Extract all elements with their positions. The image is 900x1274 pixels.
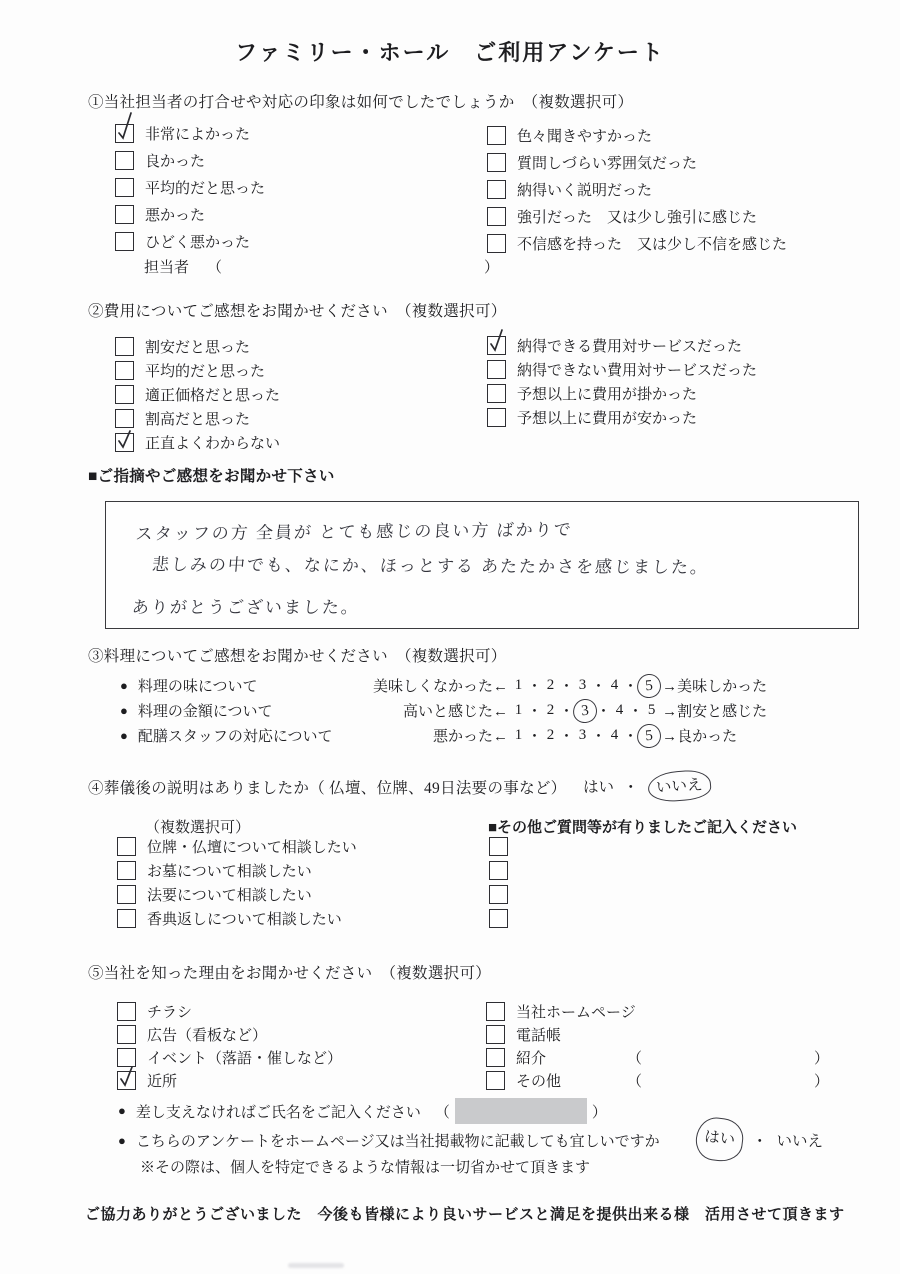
bullet-icon: ●	[118, 1133, 126, 1149]
dot-separator: ・	[559, 700, 574, 721]
q5-heading: ⑤当社を知った理由をお聞かせください （複数選択可）	[88, 961, 491, 983]
staff-label: 担当者	[144, 260, 189, 276]
rating-number-circled[interactable]: 5	[636, 722, 662, 748]
option-label: 色々聞きやすかった	[517, 125, 652, 146]
checkbox[interactable]	[115, 178, 134, 197]
option-label: 納得できる費用対サービスだった	[517, 335, 742, 356]
rating-scale: 1・ 2・ 3・ 4・ 5	[511, 674, 659, 698]
check-mark-icon	[117, 435, 132, 449]
option-row: イベント（落語・催しなど）	[117, 1046, 342, 1069]
option-row: 納得いく説明だった	[487, 176, 787, 203]
rating-negative-label: 悪かった←	[370, 725, 508, 746]
checkbox[interactable]	[117, 1025, 136, 1044]
option-row: 適正価格だと思った	[115, 382, 280, 406]
rating-negative-label: 美味しくなかった←	[370, 675, 508, 696]
checkbox[interactable]	[489, 885, 508, 904]
option-label: 良かった	[145, 150, 205, 171]
paren-open: （	[435, 1101, 450, 1122]
paren-close: ）	[592, 1101, 607, 1122]
option-row: 位牌・仏壇について相談したい	[117, 834, 357, 858]
paren-open: （	[627, 1070, 642, 1091]
checkbox[interactable]	[117, 837, 136, 856]
option-row: 色々聞きやすかった	[487, 122, 787, 149]
checkbox[interactable]	[117, 909, 136, 928]
checkbox[interactable]	[486, 1025, 505, 1044]
dot-separator: ・	[591, 675, 606, 696]
option-row: 不信感を持った 又は少し不信を感じた	[487, 230, 787, 257]
rating-number[interactable]: 1	[511, 727, 526, 744]
rating-topic: 配膳スタッフの対応について	[138, 725, 333, 746]
rating-negative-label: 高いと感じた←	[370, 700, 508, 721]
option-label: 予想以上に費用が掛かった	[517, 383, 697, 404]
checkbox[interactable]	[487, 360, 506, 379]
option-row: 予想以上に費用が安かった	[487, 405, 757, 429]
q4-other-checkboxes	[489, 834, 508, 930]
option-row: お墓について相談したい	[117, 858, 357, 882]
option-row: 割高だと思った	[115, 406, 280, 430]
rating-number[interactable]: 2	[543, 702, 558, 719]
publish-yes-no: はい ・ いいえ	[696, 1118, 823, 1161]
option-label: 適正価格だと思った	[145, 384, 280, 405]
option-label: 非常によかった	[145, 123, 250, 144]
option-label: ひどく悪かった	[145, 231, 250, 252]
dot-separator: ・	[628, 700, 643, 721]
option-row	[489, 834, 508, 858]
checkbox[interactable]	[115, 337, 134, 356]
footer-thanks: ご協力ありがとうございました 今後も皆様により良いサービスと満足を提供出来る様 …	[85, 1203, 845, 1224]
q1-left-options: 非常によかった 良かった 平均的だと思った 悪かった ひどく悪かった	[115, 120, 265, 255]
option-row: 強引だった 又は少し強引に感じた	[487, 203, 787, 230]
checkbox[interactable]	[487, 207, 506, 226]
option-row: その他 （）	[486, 1069, 829, 1092]
rating-scale: 1・ 2・ 3・ 4・ 5	[511, 724, 659, 748]
option-row: 悪かった	[115, 201, 265, 228]
option-row: 広告（看板など）	[117, 1023, 342, 1046]
option-row: 良かった	[115, 147, 265, 174]
option-label: 当社ホームページ	[516, 1001, 636, 1022]
checkbox[interactable]	[117, 885, 136, 904]
option-row: 納得できる費用対サービスだった	[487, 333, 757, 357]
rating-number[interactable]: 5	[644, 702, 659, 719]
yes-option[interactable]: はい	[583, 775, 614, 797]
option-label: その他	[516, 1070, 616, 1091]
q1-heading: ①当社担当者の打合せや対応の印象は如何でしたでしょうか （複数選択可）	[88, 90, 633, 112]
rating-positive-label: →美味しかった	[662, 675, 767, 696]
checkbox[interactable]	[487, 234, 506, 253]
checkbox[interactable]	[487, 153, 506, 172]
q4-subheading-right: ■その他ご質問等が有りましたご記入ください	[488, 816, 797, 837]
dot-separator: ・	[596, 700, 611, 721]
publish-question-label: こちらのアンケートをホームページ又は当社掲載物に記載しても宜しいですか	[136, 1130, 660, 1151]
rating-row: ●料理の味について 美味しくなかった← 1・ 2・ 3・ 4・ 5 →美味しかっ…	[120, 673, 767, 698]
option-label: 電話帳	[516, 1024, 561, 1045]
option-label: 強引だった 又は少し強引に感じた	[517, 206, 757, 227]
option-row: 質問しづらい雰囲気だった	[487, 149, 787, 176]
checkbox[interactable]	[115, 205, 134, 224]
option-label: 広告（看板など）	[147, 1024, 267, 1045]
scan-smudge	[288, 1263, 344, 1268]
option-label: 紹介	[516, 1047, 616, 1068]
option-label: 不信感を持った 又は少し不信を感じた	[517, 233, 787, 254]
check-mark-icon	[119, 1073, 134, 1087]
name-request-line: ● 差し支えなければご氏名をご記入ください （ ）	[118, 1098, 607, 1124]
check-mark-icon	[117, 126, 132, 140]
checkbox[interactable]	[487, 126, 506, 145]
option-label: 香典返しについて相談したい	[147, 908, 342, 929]
checkbox[interactable]	[486, 1048, 505, 1067]
rating-number-circled[interactable]: 5	[636, 672, 662, 698]
option-row	[489, 906, 508, 930]
redacted-name-box	[455, 1098, 587, 1124]
rating-topic: 料理の味について	[138, 675, 258, 696]
staff-name-line: 担当者（）	[144, 256, 499, 277]
checkbox[interactable]	[115, 151, 134, 170]
option-row: 割安だと思った	[115, 334, 280, 358]
q4-yes-no: はい ・ いいえ	[583, 771, 710, 801]
rating-number[interactable]: 4	[607, 677, 622, 694]
dot-separator: ・	[623, 775, 639, 797]
checkbox[interactable]	[117, 1002, 136, 1021]
checkbox[interactable]	[489, 837, 508, 856]
rating-number[interactable]: 1	[511, 702, 526, 719]
dot-separator: ・	[527, 725, 542, 746]
handwritten-line: ありがとうございました。	[131, 593, 859, 618]
checkbox[interactable]	[486, 1071, 505, 1090]
option-label: 納得できない費用対サービスだった	[517, 359, 757, 380]
option-label: イベント（落語・催しなど）	[147, 1047, 342, 1068]
option-row: 平均的だと思った	[115, 358, 280, 382]
checkbox-checked[interactable]	[487, 336, 506, 355]
checkbox[interactable]	[486, 1002, 505, 1021]
checkbox[interactable]	[487, 384, 506, 403]
option-label: 近所	[147, 1070, 177, 1091]
checkbox[interactable]	[117, 861, 136, 880]
option-label: 正直よくわからない	[145, 432, 280, 453]
dot-separator: ・	[527, 675, 542, 696]
option-label: お墓について相談したい	[147, 860, 312, 881]
q5-right-options: 当社ホームページ 電話帳 紹介 （） その他 （）	[486, 1000, 829, 1092]
dot-separator: ・	[527, 700, 542, 721]
rating-topic: 料理の金額について	[138, 700, 273, 721]
rating-number[interactable]: 4	[607, 727, 622, 744]
option-row: 予想以上に費用が掛かった	[487, 381, 757, 405]
option-row: 紹介 （）	[486, 1046, 829, 1069]
q1-right-options: 色々聞きやすかった 質問しづらい雰囲気だった 納得いく説明だった 強引だった 又…	[487, 122, 787, 257]
checkbox[interactable]	[487, 180, 506, 199]
rating-number[interactable]: 4	[612, 702, 627, 719]
q4-options: 位牌・仏壇について相談したい お墓について相談したい 法要について相談したい 香…	[117, 834, 357, 930]
rating-number[interactable]: 2	[543, 727, 558, 744]
dot-separator: ・	[559, 725, 574, 746]
option-row: 非常によかった	[115, 120, 265, 147]
rating-positive-label: →良かった	[662, 725, 737, 746]
checkbox[interactable]	[117, 1048, 136, 1067]
dot-separator: ・	[623, 675, 638, 696]
bullet-icon: ●	[118, 1103, 126, 1119]
rating-number[interactable]: 3	[575, 677, 590, 694]
option-label: 悪かった	[145, 204, 205, 225]
rating-scale: 1・ 2・ 3・ 4・ 5	[511, 699, 659, 723]
q3-heading: ③料理についてご感想をお聞かせください （複数選択可）	[88, 644, 507, 666]
q2-right-options: 納得できる費用対サービスだった 納得できない費用対サービスだった 予想以上に費用…	[487, 333, 757, 429]
bullet-icon: ●	[120, 703, 128, 719]
checkbox[interactable]	[489, 861, 508, 880]
q5-left-options: チラシ 広告（看板など） イベント（落語・催しなど） 近所	[117, 1000, 342, 1092]
bullet-icon: ●	[120, 728, 128, 744]
option-row	[489, 858, 508, 882]
rating-row: ●料理の金額について 高いと感じた← 1・ 2・ 3・ 4・ 5 →割安と感じた	[120, 698, 767, 723]
publish-question-line: ● こちらのアンケートをホームページ又は当社掲載物に記載しても宜しいですか	[118, 1130, 660, 1151]
checkbox[interactable]	[489, 909, 508, 928]
option-row: 正直よくわからない	[115, 430, 280, 454]
option-row: ひどく悪かった	[115, 228, 265, 255]
option-label: 質問しづらい雰囲気だった	[517, 152, 697, 173]
option-row: 当社ホームページ	[486, 1000, 829, 1023]
q4-heading: ④葬儀後の説明はありましたか（ 仏壇、位牌、49日法要の事など）	[88, 776, 566, 798]
option-row: 香典返しについて相談したい	[117, 906, 357, 930]
handwritten-line: スタッフの方 全員が とても感じの良い方 ばかりで	[135, 512, 859, 545]
handwritten-line: 悲しみの中でも、なにか、ほっとする あたたかさを感じました。	[151, 550, 859, 579]
survey-title: ファミリー・ホール ご利用アンケート	[0, 36, 900, 67]
option-row: 電話帳	[486, 1023, 829, 1046]
privacy-note: ※その際は、個人を特定できるような情報は一切省かせて頂きます	[140, 1156, 590, 1177]
dot-separator: ・	[623, 725, 638, 746]
checkbox-checked[interactable]	[115, 124, 134, 143]
option-label: 納得いく説明だった	[517, 179, 652, 200]
rating-number-circled[interactable]: 3	[572, 697, 598, 723]
rating-positive-label: →割安と感じた	[662, 700, 767, 721]
comments-heading: ■ご指摘やご感想をお聞かせ下さい	[88, 464, 335, 486]
option-label: 割安だと思った	[145, 336, 250, 357]
checkbox[interactable]	[487, 408, 506, 427]
option-row: 近所	[117, 1069, 342, 1092]
paren-close: ）	[814, 1047, 829, 1068]
option-label: 予想以上に費用が安かった	[517, 407, 697, 428]
rating-row: ●配膳スタッフの対応について 悪かった← 1・ 2・ 3・ 4・ 5 →良かった	[120, 723, 767, 748]
rating-number[interactable]: 1	[511, 677, 526, 694]
option-row: チラシ	[117, 1000, 342, 1023]
option-label: 割高だと思った	[145, 408, 250, 429]
paren-close: ）	[814, 1070, 829, 1091]
q2-left-options: 割安だと思った 平均的だと思った 適正価格だと思った 割高だと思った 正直よくわ…	[115, 334, 280, 454]
checkbox[interactable]	[115, 385, 134, 404]
dot-separator: ・	[591, 725, 606, 746]
option-row: 納得できない費用対サービスだった	[487, 357, 757, 381]
option-row	[489, 882, 508, 906]
no-option-circled[interactable]: いいえ	[647, 769, 711, 803]
checkbox[interactable]	[115, 232, 134, 251]
option-label: 位牌・仏壇について相談したい	[147, 836, 357, 857]
option-label: チラシ	[147, 1001, 192, 1022]
dot-separator: ・	[559, 675, 574, 696]
option-label: 平均的だと思った	[145, 177, 265, 198]
checkbox-checked[interactable]	[117, 1071, 136, 1090]
paren-open: （	[207, 260, 222, 276]
yes-option-circled[interactable]: はい	[694, 1115, 746, 1163]
name-request-label: 差し支えなければご氏名をご記入ください	[136, 1101, 421, 1122]
bullet-icon: ●	[120, 678, 128, 694]
checkbox-checked[interactable]	[115, 433, 134, 452]
rating-number[interactable]: 3	[575, 727, 590, 744]
paren-open: （	[627, 1047, 642, 1068]
no-option[interactable]: いいえ	[777, 1129, 824, 1151]
check-mark-icon	[489, 338, 504, 352]
q3-rating-rows: ●料理の味について 美味しくなかった← 1・ 2・ 3・ 4・ 5 →美味しかっ…	[120, 673, 767, 748]
comments-box[interactable]: スタッフの方 全員が とても感じの良い方 ばかりで 悲しみの中でも、なにか、ほっ…	[105, 501, 859, 629]
dot-separator: ・	[752, 1129, 768, 1151]
option-row: 平均的だと思った	[115, 174, 265, 201]
option-label: 法要について相談したい	[147, 884, 312, 905]
rating-number[interactable]: 2	[543, 677, 558, 694]
q2-heading: ②費用についてご感想をお聞かせください （複数選択可）	[88, 299, 507, 321]
checkbox[interactable]	[115, 361, 134, 380]
checkbox[interactable]	[115, 409, 134, 428]
option-row: 法要について相談したい	[117, 882, 357, 906]
option-label: 平均的だと思った	[145, 360, 265, 381]
paren-close: ）	[484, 260, 499, 276]
